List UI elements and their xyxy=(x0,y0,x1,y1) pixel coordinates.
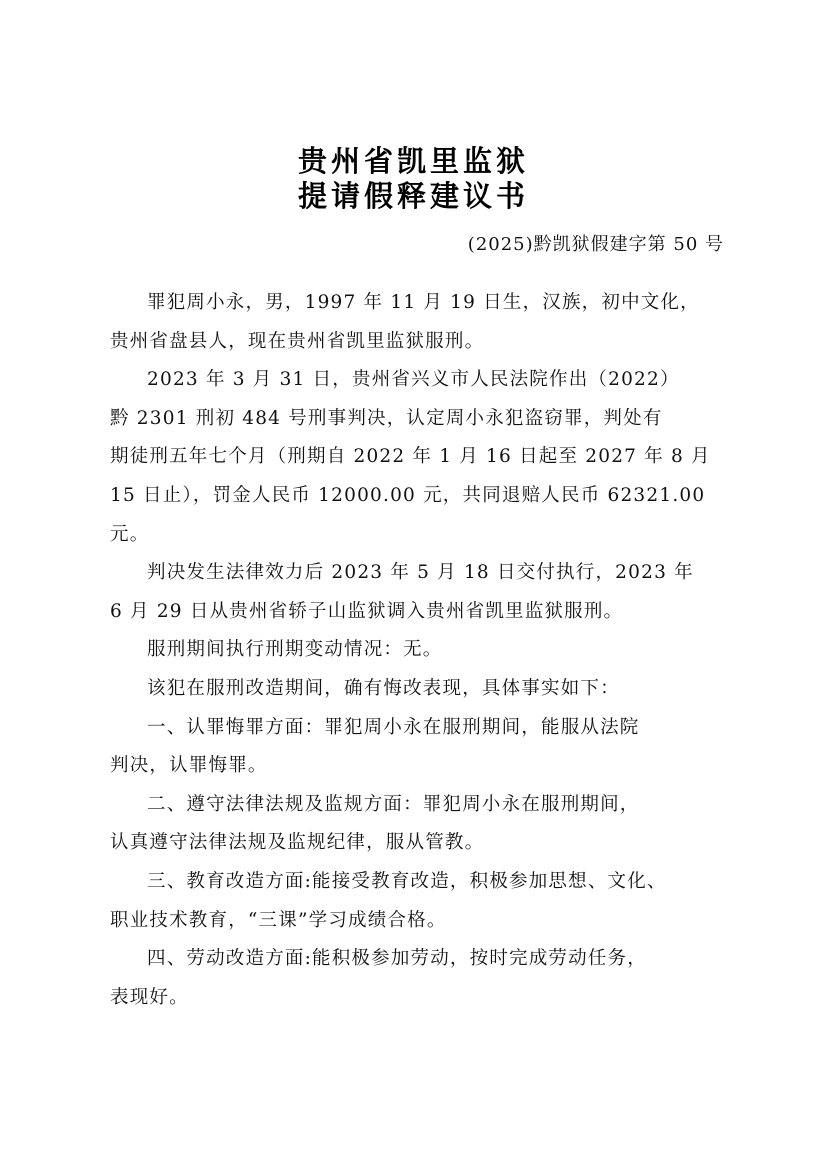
text-line: 15 日止），罚金人民币 12000.00 元，共同退赔人民币 62321.00 xyxy=(73,477,722,516)
paragraph-sentence-changes: 服刑期间执行刑期变动情况：无。 xyxy=(110,631,722,670)
text-line: 表现好。 xyxy=(73,979,722,1018)
paragraph-judgment: 2023 年 3 月 31 日，贵州省兴义市人民法院作出（2022） 黔 230… xyxy=(110,361,722,554)
paragraph-personal-info: 罪犯周小永，男，1997 年 11 月 19 日生，汉族，初中文化， 贵州省盘县… xyxy=(110,284,722,361)
paragraph-fact-1: 一、认罪悔罪方面：罪犯周小永在服刑期间，能服从法院 判决，认罪悔罪。 xyxy=(110,709,722,786)
text-line: 判决发生法律效力后 2023 年 5 月 18 日交付执行，2023 年 xyxy=(110,554,722,593)
text-line: 认真遵守法律法规及监规纪律，服从管教。 xyxy=(73,824,722,863)
text-line: 职业技术教育，“三课”学习成绩合格。 xyxy=(73,902,722,941)
paragraph-fact-3: 三、教育改造方面:能接受教育改造，积极参加思想、文化、 职业技术教育，“三课”学… xyxy=(110,863,722,940)
text-line: 6 月 29 日从贵州省轿子山监狱调入贵州省凯里监狱服刑。 xyxy=(73,593,722,632)
text-line: 该犯在服刑改造期间，确有悔改表现，具体事实如下： xyxy=(110,670,722,709)
text-line: 服刑期间执行刑期变动情况：无。 xyxy=(110,631,722,670)
text-line: 二、遵守法律法规及监规方面：罪犯周小永在服刑期间， xyxy=(110,786,722,825)
document-title-line-1: 贵州省凯里监狱 xyxy=(0,143,827,179)
text-line: 黔 2301 刑初 484 号刑事判决，认定周小永犯盗窃罪，判处有 xyxy=(73,400,722,439)
document-number: (2025)黔凯狱假建字第 50 号 xyxy=(468,230,724,256)
text-line: 三、教育改造方面:能接受教育改造，积极参加思想、文化、 xyxy=(110,863,722,902)
paragraph-fact-2: 二、遵守法律法规及监规方面：罪犯周小永在服刑期间， 认真遵守法律法规及监规纪律，… xyxy=(110,786,722,863)
text-line: 四、劳动改造方面:能积极参加劳动，按时完成劳动任务， xyxy=(110,940,722,979)
text-line: 判决，认罪悔罪。 xyxy=(73,747,722,786)
document-title-line-2: 提请假释建议书 xyxy=(0,178,827,214)
text-line: 期徒刑五年七个月（刑期自 2022 年 1 月 16 日起至 2027 年 8 … xyxy=(73,438,722,477)
text-line: 贵州省盘县人，现在贵州省凯里监狱服刑。 xyxy=(73,323,722,362)
paragraph-execution: 判决发生法律效力后 2023 年 5 月 18 日交付执行，2023 年 6 月… xyxy=(110,554,722,631)
paragraph-facts-intro: 该犯在服刑改造期间，确有悔改表现，具体事实如下： xyxy=(110,670,722,709)
text-line: 一、认罪悔罪方面：罪犯周小永在服刑期间，能服从法院 xyxy=(110,709,722,748)
text-line: 元。 xyxy=(73,516,722,555)
text-line: 2023 年 3 月 31 日，贵州省兴义市人民法院作出（2022） xyxy=(110,361,722,400)
paragraph-fact-4: 四、劳动改造方面:能积极参加劳动，按时完成劳动任务， 表现好。 xyxy=(110,940,722,1017)
text-line: 罪犯周小永，男，1997 年 11 月 19 日生，汉族，初中文化， xyxy=(110,284,722,323)
document-body: 罪犯周小永，男，1997 年 11 月 19 日生，汉族，初中文化， 贵州省盘县… xyxy=(110,284,722,1017)
